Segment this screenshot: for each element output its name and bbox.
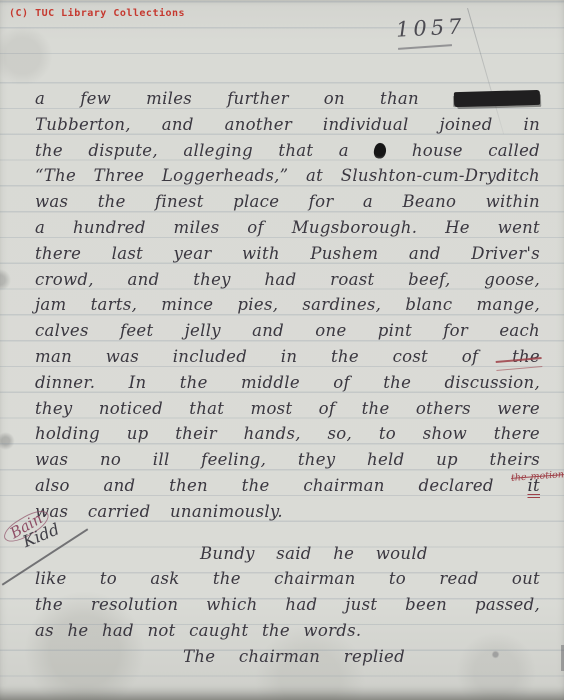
manuscript-line: dinner. In the middle of the discussion, [35,370,540,396]
manuscript-line: Tubberton, and another individual joined… [35,112,540,138]
manuscript-line-text: dinner. In the middle of the discussion, [35,373,540,392]
manuscript-line: the dispute, alleging that a house calle… [35,138,540,164]
library-watermark: (C) TUC Library Collections [9,8,185,19]
ink-blot-mark [373,142,388,160]
inserted-word: it the motion [527,476,540,495]
manuscript-line: was no ill feeling, they held up theirs [35,447,540,473]
redaction-mark [454,90,540,107]
page-number: 1057 [395,14,466,42]
manuscript-line: a hundred miles of Mugsborough. He went [35,215,540,241]
manuscript-line: calves feet jelly and one pint for each [35,318,540,344]
manuscript-line: was carried unanimously. [35,499,540,525]
manuscript-line: like to ask the chairman to read out [35,566,540,592]
manuscript-page: a few miles further on than Tubberton, a… [35,86,540,670]
manuscript-line: a few miles further on than [35,86,540,112]
manuscript-line-text: the dispute, alleging that a [35,141,349,160]
manuscript-line: there last year with Pushem and Driver's [35,241,540,267]
manuscript-line: jam tarts, mince pies, sardines, blanc m… [35,292,540,318]
manuscript-line: also and then the chairman declared it t… [35,473,540,499]
manuscript-line: The chairman replied [183,644,540,670]
struck-correction: the motion [511,462,564,491]
manuscript-line: Bundy said he would [200,541,540,567]
manuscript-line-text: also and then the chairman declared [35,476,494,495]
manuscript-line: the resolution which had just been passe… [35,592,540,618]
manuscript-line: was the finest place for a Beano within [35,189,540,215]
manuscript-line: “The Three Loggerheads,” at Slushton-cum… [35,163,540,189]
manuscript-line: as he had not caught the words. [35,618,540,644]
manuscript-line: they noticed that most of the others wer… [35,396,540,422]
manuscript-line-text: house called [412,141,540,160]
page-number-underline [398,44,452,49]
manuscript-line-text: a few miles further on than [35,89,419,108]
manuscript-line: man was included in the cost of the [35,344,540,370]
manuscript-line: crowd, and they had roast beef, goose, [35,267,540,293]
manuscript-line: holding up their hands, so, to show ther… [35,421,540,447]
